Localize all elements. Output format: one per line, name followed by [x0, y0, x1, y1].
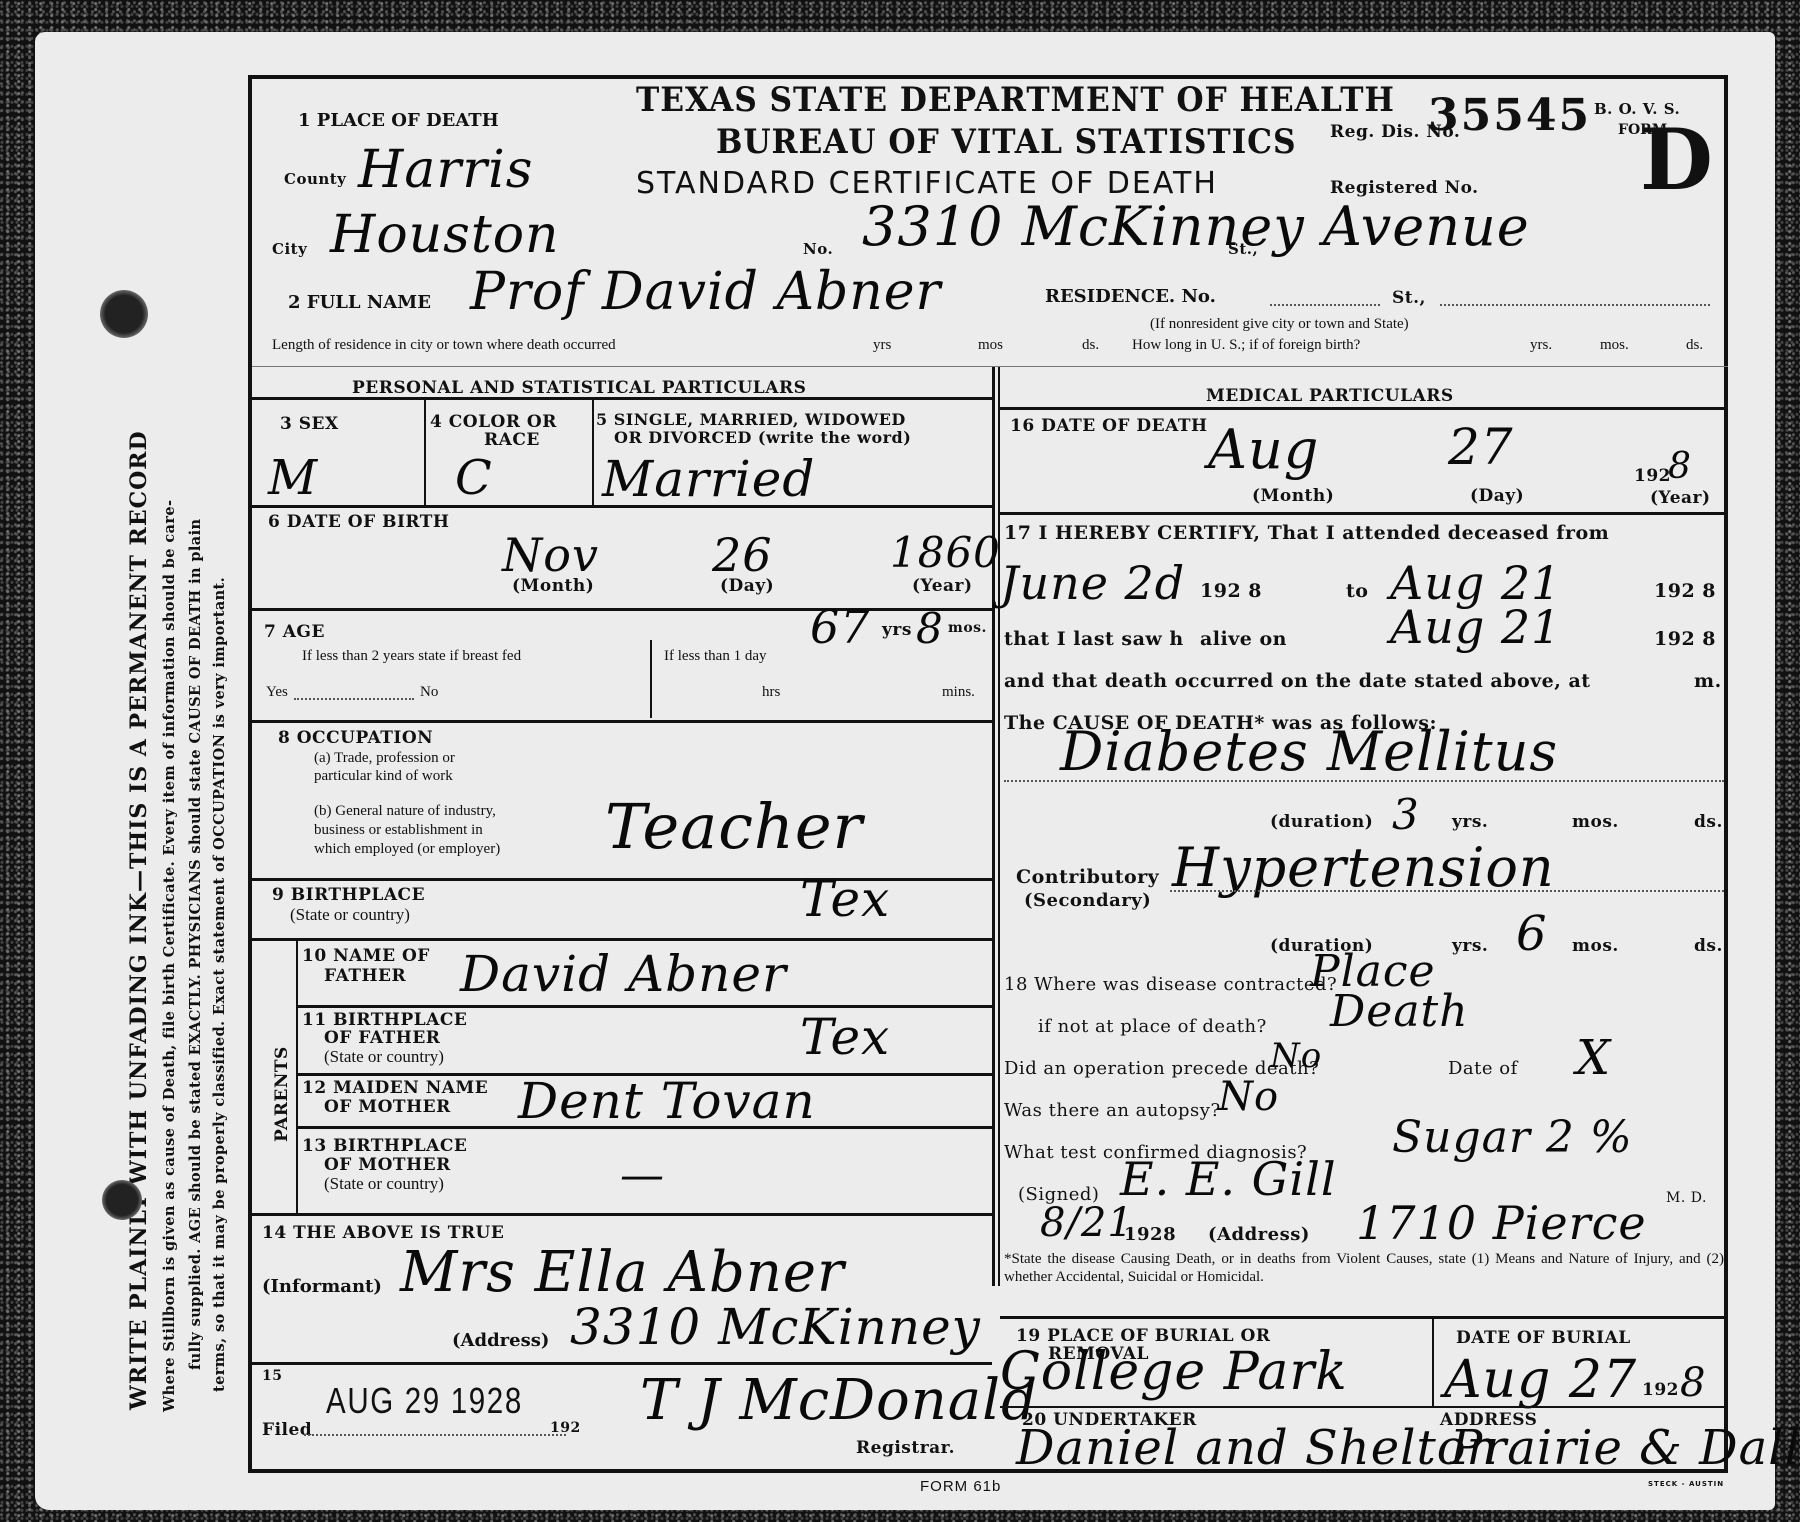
county-label: County: [284, 170, 346, 188]
header-bureau: BUREAU OF VITAL STATISTICS: [716, 122, 1296, 162]
last-saw-label: that I last saw h: [1004, 628, 1184, 650]
dod-rule: [1000, 512, 1728, 515]
attended-from-date: June 2d: [1000, 556, 1185, 610]
burial-rule: [1000, 1406, 1728, 1408]
city-label: City: [272, 240, 307, 258]
age-months: 8: [916, 604, 944, 653]
registrar-label: Registrar.: [856, 1438, 955, 1458]
top-dotted-line: [252, 366, 1728, 367]
father-bp-label-2: OF FATHER: [324, 1028, 440, 1048]
dob-year-caption: (Year): [912, 576, 973, 596]
mother-bp-label-3: (State or country): [324, 1174, 444, 1194]
race-marital-divider: [592, 400, 594, 505]
burial-divider: [1432, 1318, 1434, 1408]
foreign-yrs: yrs.: [1530, 337, 1552, 354]
hrs-label: hrs: [762, 684, 780, 701]
father-name-value: David Abner: [460, 945, 787, 1003]
father-bp-label-1: 11 BIRTHPLACE: [302, 1010, 467, 1030]
foreign-mos: mos.: [1600, 337, 1629, 354]
test-value: Sugar 2 %: [1392, 1112, 1633, 1163]
residence-st-label: St.,: [1392, 288, 1426, 308]
mother-bp-label-1: 13 BIRTHPLACE: [302, 1136, 467, 1156]
yes-blank: [294, 698, 414, 700]
race-label-2: RACE: [484, 430, 540, 450]
row5-rule: [252, 505, 992, 508]
duration-years-value: 3: [1392, 790, 1420, 839]
length-yrs: yrs: [873, 337, 891, 354]
attended-to-year: 192 8: [1654, 580, 1716, 602]
filed-blank: [304, 1434, 566, 1436]
less-than-day-label: If less than 1 day: [664, 648, 766, 665]
filed-date-stamp: AUG 29 1928: [326, 1380, 523, 1422]
duration-mos-2: mos.: [1572, 936, 1619, 956]
occupation-a-line2: particular kind of work: [314, 768, 453, 785]
column-divider: [992, 366, 995, 1286]
physician-signature: E. E. Gill: [1120, 1152, 1337, 1206]
form-letter: D: [1640, 118, 1713, 202]
informant-value: Mrs Ella Abner: [400, 1240, 845, 1305]
secondary-label: (Secondary): [1024, 890, 1151, 911]
contributory-blank: [1170, 890, 1724, 892]
md-label: M. D.: [1666, 1190, 1707, 1206]
length-ds: ds.: [1082, 337, 1099, 354]
undertaker-address-value: Prairie & Dallas: [1450, 1420, 1800, 1476]
sex-value: M: [268, 450, 318, 506]
filed-label: Filed: [262, 1420, 312, 1440]
row14-rule: [252, 1362, 992, 1365]
duration-ds-2: ds.: [1694, 936, 1723, 956]
footnote-rule: [1000, 1316, 1728, 1319]
row12-rule: [298, 1126, 992, 1129]
ink-blot-bottom: [102, 1180, 142, 1220]
sex-label: 3 SEX: [280, 414, 339, 434]
attended-to-label: to: [1346, 580, 1368, 602]
attended-from-year: 192 8: [1200, 580, 1262, 602]
mother-name-label-1: 12 MAIDEN NAME: [302, 1078, 488, 1098]
duration-yrs-1: yrs.: [1452, 812, 1488, 832]
medical-heading-rule: [1000, 407, 1728, 410]
burial-place-value: College Park: [1000, 1342, 1348, 1402]
yes-label: Yes: [266, 684, 288, 701]
burial-date-label: DATE OF BURIAL: [1456, 1328, 1631, 1348]
margin-instruction-line1: Where Stillborn is given as cause of Dea…: [161, 500, 178, 1412]
personal-heading-rule: [252, 397, 992, 400]
sex-race-divider: [424, 400, 426, 505]
marital-label-2: OR DIVORCED (write the word): [614, 428, 911, 447]
cause-of-death-value: Diabetes Mellitus: [1060, 720, 1558, 783]
parents-label: PARENTS: [272, 1046, 292, 1142]
place-of-death-label: 1 PLACE OF DEATH: [298, 110, 499, 131]
duration-ds-1: ds.: [1694, 812, 1723, 832]
duration-yrs-2: yrs.: [1452, 936, 1488, 956]
dod-year-prefix: 192: [1634, 466, 1671, 486]
mins-label: mins.: [942, 684, 975, 701]
ink-blot-top: [100, 290, 148, 338]
signed-date: 8/21: [1040, 1200, 1134, 1246]
dob-day: 26: [712, 528, 773, 582]
duration-label-1: (duration): [1270, 812, 1373, 832]
operation-value: No: [1270, 1036, 1322, 1076]
margin-instruction-line2: fully supplied. AGE should be stated EXA…: [187, 519, 204, 1370]
dob-label: 6 DATE OF BIRTH: [268, 512, 449, 532]
burial-date-value: Aug 27: [1444, 1350, 1637, 1410]
street-no-label: No.: [803, 240, 833, 258]
race-value: C: [455, 450, 493, 506]
form-number: FORM 61b: [920, 1478, 1001, 1495]
age-label: 7 AGE: [264, 622, 325, 642]
street-st-label: St.,: [1228, 240, 1258, 258]
duration-mos-1: mos.: [1572, 812, 1619, 832]
residence-label: RESIDENCE. No.: [1045, 286, 1216, 307]
dod-day-caption: (Day): [1470, 486, 1524, 506]
undertaker-value: Daniel and Shelton: [1016, 1420, 1499, 1476]
birthplace-label: 9 BIRTHPLACE: [272, 885, 425, 905]
margin-instruction-main: WRITE PLAINLY WITH UNFADING INK—THIS IS …: [126, 430, 152, 1410]
no-label: No: [420, 684, 438, 701]
dob-year: 1860: [890, 528, 1001, 577]
occupation-a-line1: (a) Trade, profession or: [314, 750, 455, 767]
city-value: Houston: [330, 205, 560, 265]
last-saw-year: 192 8: [1654, 628, 1716, 650]
dob-day-caption: (Day): [720, 576, 774, 596]
county-value: Harris: [358, 140, 533, 200]
physician-address-label: (Address): [1208, 1224, 1310, 1245]
nonresident-note: (If nonresident give city or town and St…: [1150, 316, 1409, 333]
marital-value: Married: [602, 450, 815, 508]
foreign-ds: ds.: [1686, 337, 1703, 354]
header-department: TEXAS STATE DEPARTMENT OF HEALTH: [636, 80, 1395, 120]
filed-number: 15: [262, 1368, 282, 1384]
signed-year: 1928: [1124, 1224, 1176, 1245]
occupation-b-line1: (b) General nature of industry,: [314, 803, 496, 820]
mother-name-label-2: OF MOTHER: [324, 1097, 451, 1117]
street-value: 3310 McKinney Avenue: [862, 195, 1530, 258]
medical-particulars-heading: MEDICAL PARTICULARS: [1206, 386, 1454, 406]
dod-month: Aug: [1208, 418, 1319, 481]
birthplace-sub: (State or country): [290, 905, 410, 925]
foreign-birth-label: How long in U. S.; if of foreign birth?: [1132, 337, 1360, 354]
autopsy-value: No: [1218, 1074, 1279, 1120]
row9-rule: [252, 938, 992, 941]
reg-number: 35545: [1428, 90, 1591, 141]
death-occurred-m: m.: [1694, 670, 1722, 692]
cause-footnote: *State the disease Causing Death, or in …: [1004, 1250, 1724, 1286]
not-place-of-death-value: Death: [1330, 986, 1469, 1037]
operation-date-label: Date of: [1448, 1058, 1518, 1079]
margin-instruction-line3: terms, so that it may be properly classi…: [211, 577, 228, 1392]
dob-month: Nov: [502, 528, 599, 582]
age-subdivider: [650, 640, 652, 718]
operation-date-value: X: [1576, 1030, 1611, 1086]
occupation-b-line2: business or establishment in: [314, 822, 483, 839]
row13-rule: [252, 1213, 992, 1216]
form-vertical-label: FORM: [1618, 122, 1632, 138]
breast-fed-label: If less than 2 years state if breast fed: [302, 648, 521, 665]
dod-day: 27: [1448, 418, 1514, 476]
mother-bp-value: —: [620, 1150, 665, 1201]
dob-month-caption: (Month): [512, 576, 594, 596]
mother-bp-label-2: OF MOTHER: [324, 1155, 451, 1175]
father-name-label-1: 10 NAME OF: [302, 946, 430, 966]
dod-year-suffix: 8: [1668, 446, 1692, 487]
residence-street-blank: [1440, 304, 1710, 306]
length-mos: mos: [978, 337, 1003, 354]
printer-mark: STECK - AUSTIN: [1648, 1480, 1724, 1488]
parents-divider: [296, 940, 298, 1215]
duration-months-value: 6: [1516, 906, 1548, 962]
residence-no-blank: [1270, 304, 1380, 306]
death-occurred-line: and that death occurred on the date stat…: [1004, 670, 1591, 692]
disease-contracted-label: 18 Where was disease contracted?: [1004, 974, 1337, 995]
burial-year-suffix: 8: [1680, 1360, 1706, 1406]
burial-year-prefix: 192: [1642, 1380, 1679, 1400]
age-mos-label: mos.: [948, 620, 987, 636]
birthplace-value: Tex: [800, 870, 890, 928]
father-bp-value: Tex: [800, 1008, 890, 1066]
last-saw-date: Aug 21: [1390, 600, 1561, 654]
row7-rule: [252, 720, 992, 723]
filed-year-prefix: 192: [550, 1420, 581, 1436]
column-divider-inner: [998, 366, 1000, 1286]
age-years: 67: [810, 600, 871, 654]
personal-particulars-heading: PERSONAL AND STATISTICAL PARTICULARS: [352, 378, 806, 398]
row6-rule: [252, 608, 992, 611]
full-name-label: 2 FULL NAME: [288, 292, 431, 313]
full-name-value: Prof David Abner: [470, 262, 941, 322]
dod-month-caption: (Month): [1252, 486, 1334, 506]
marital-label-1: 5 SINGLE, MARRIED, WIDOWED: [596, 410, 906, 429]
race-label-1: 4 COLOR OR: [430, 412, 557, 432]
father-name-label-2: FATHER: [324, 966, 406, 986]
alive-on-label: alive on: [1200, 628, 1287, 650]
informant-address-value: 3310 McKinney: [570, 1298, 981, 1356]
occupation-label: 8 OCCUPATION: [278, 728, 433, 748]
dod-label: 16 DATE OF DEATH: [1010, 416, 1208, 436]
mother-name-value: Dent Tovan: [518, 1072, 816, 1130]
registrar-signature: T J McDonald: [640, 1368, 1038, 1433]
occupation-b-line3: which employed (or employer): [314, 841, 500, 858]
informant-label: (Informant): [262, 1276, 382, 1297]
physician-address-value: 1710 Pierce: [1356, 1196, 1647, 1250]
informant-address-label: (Address): [452, 1330, 549, 1351]
not-place-of-death-label: if not at place of death?: [1038, 1016, 1267, 1037]
dod-year-caption: (Year): [1650, 488, 1711, 508]
contributory-label: Contributory: [1016, 866, 1159, 888]
autopsy-label: Was there an autopsy?: [1004, 1100, 1221, 1121]
father-bp-label-3: (State or country): [324, 1047, 444, 1067]
length-of-residence-label: Length of residence in city or town wher…: [272, 337, 616, 354]
occupation-value: Teacher: [605, 790, 863, 863]
age-yrs-label: yrs: [882, 620, 912, 640]
certify-line: 17 I HEREBY CERTIFY, That I attended dec…: [1004, 522, 1609, 544]
cause-blank: [1004, 780, 1724, 782]
